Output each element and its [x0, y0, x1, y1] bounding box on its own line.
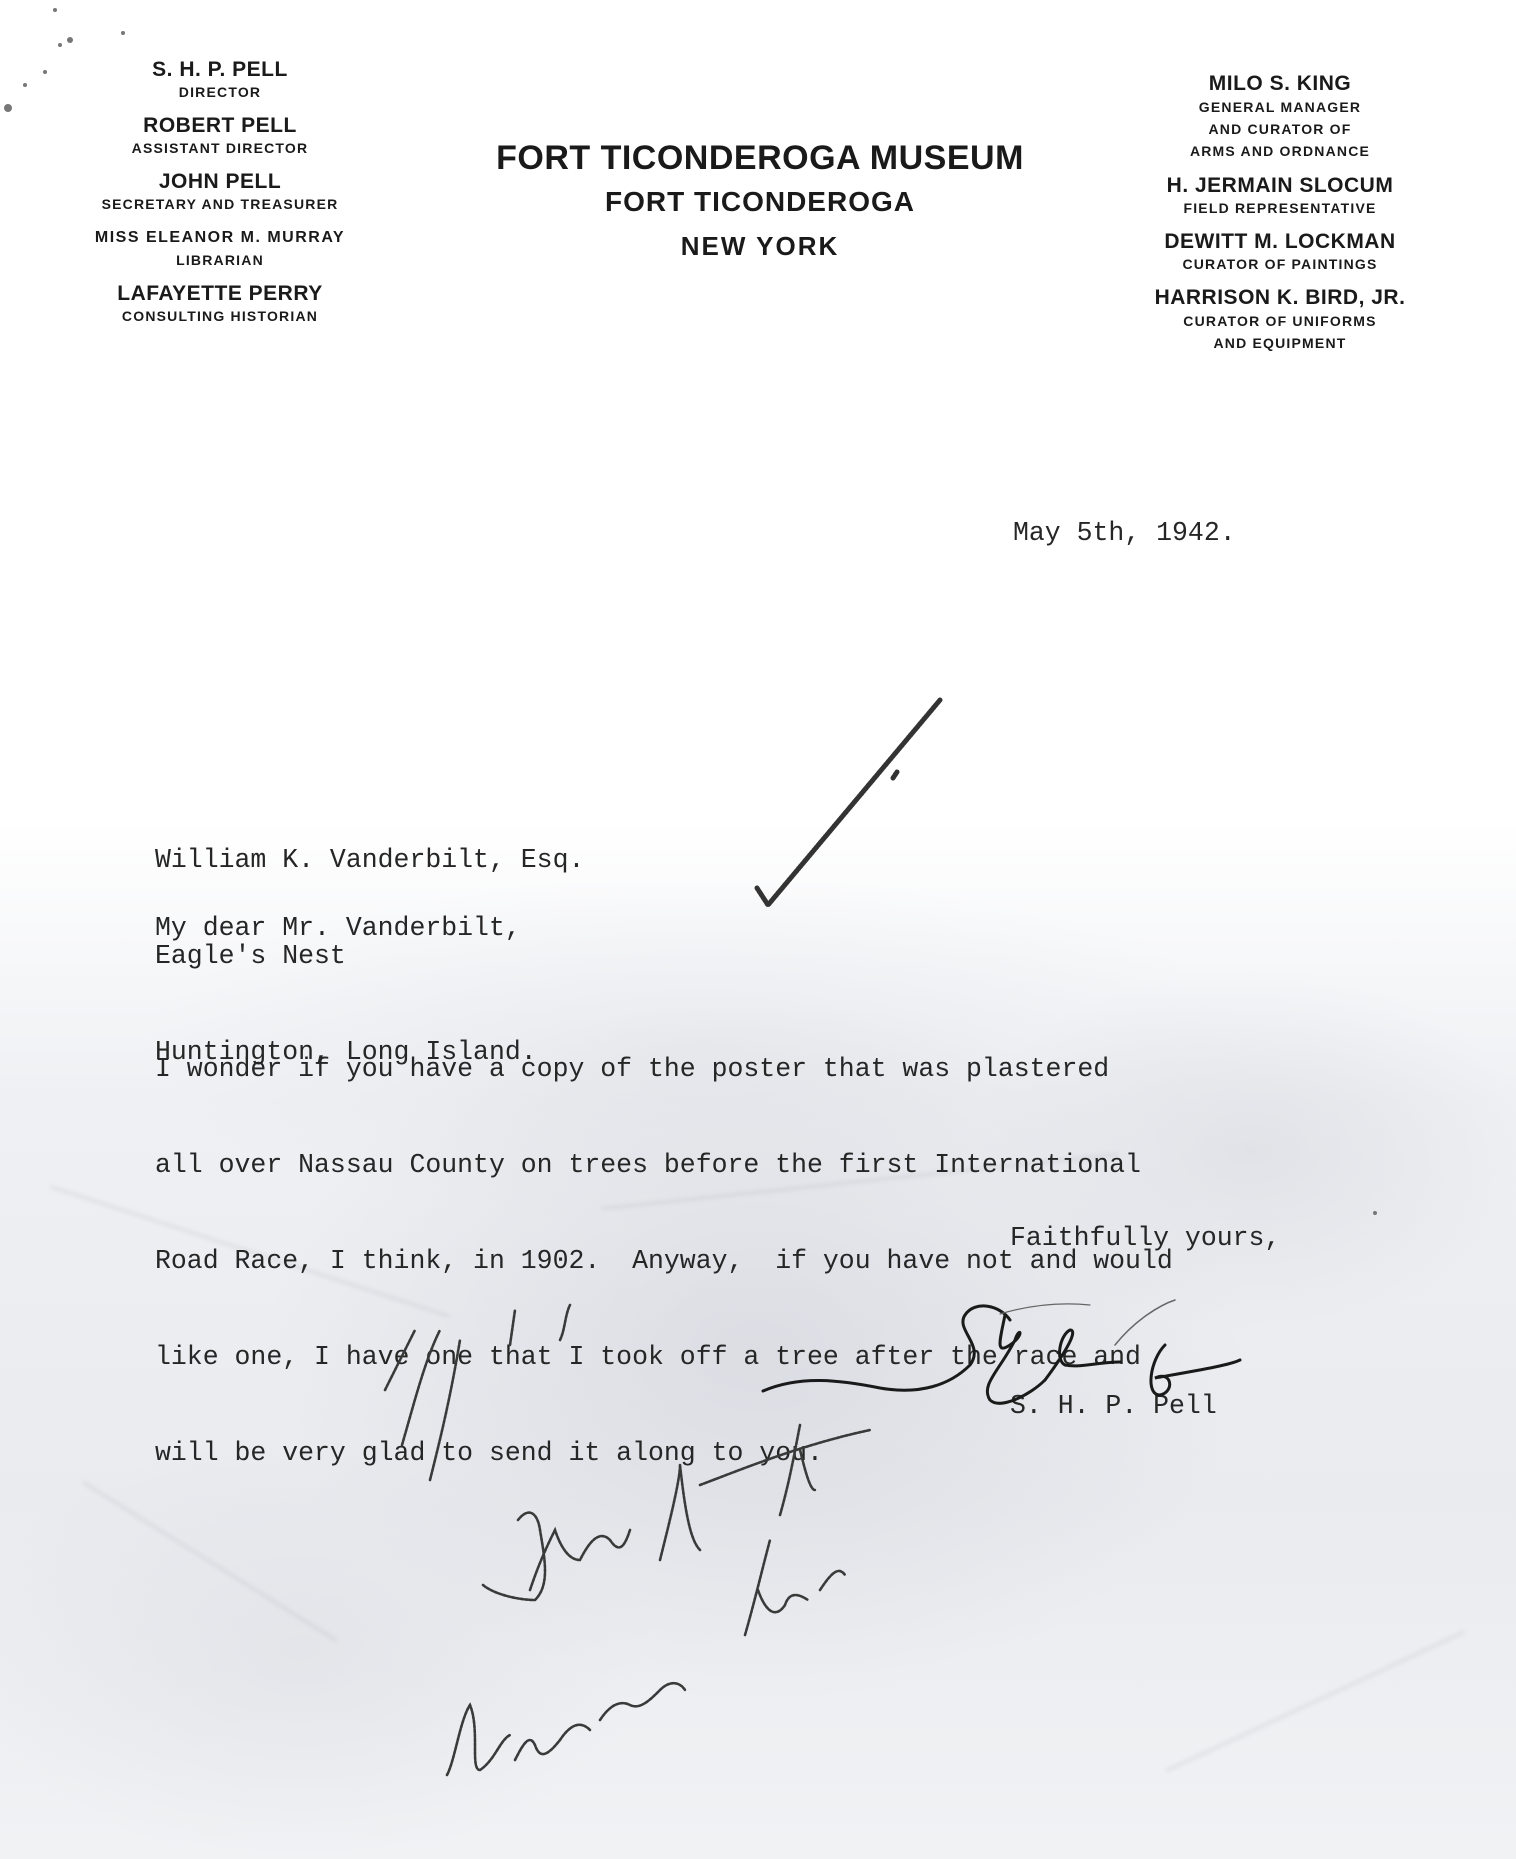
address-line: William K. Vanderbilt, Esq. [155, 844, 584, 876]
staff-title: CONSULTING HISTORIAN [60, 306, 380, 326]
staff-entry: DEWITT M. LOCKMAN CURATOR OF PAINTINGS [1120, 230, 1440, 274]
body-line: will be very glad to send it along to yo… [155, 1437, 1173, 1469]
address-line: Eagle's Nest [155, 940, 584, 972]
staff-title: GENERAL MANAGER AND CURATOR OF ARMS AND … [1120, 96, 1440, 162]
letterhead-center: FORT TICONDEROGA MUSEUM FORT TICONDEROGA… [400, 136, 1120, 268]
paper-crease [82, 1481, 338, 1643]
staff-entry: ROBERT PELL ASSISTANT DIRECTOR [60, 114, 380, 158]
staff-name: MILO S. KING [1120, 72, 1440, 96]
letterhead-left-staff: S. H. P. PELL DIRECTOR ROBERT PELL ASSIS… [60, 58, 380, 338]
staff-name: HARRISON K. BIRD, JR. [1120, 286, 1440, 310]
staff-title: DIRECTOR [60, 82, 380, 102]
closing: Faithfully yours, [1010, 1222, 1280, 1254]
staff-name: JOHN PELL [60, 170, 380, 194]
staff-entry: MILO S. KING GENERAL MANAGER AND CURATOR… [1120, 72, 1440, 162]
letter-date: May 5th, 1942. [1013, 517, 1236, 549]
institution-name: FORT TICONDEROGA MUSEUM [400, 136, 1120, 180]
check-mark-icon [757, 700, 940, 905]
staff-title: SECRETARY AND TREASURER [60, 194, 380, 214]
staff-name: ROBERT PELL [60, 114, 380, 138]
staff-title: ASSISTANT DIRECTOR [60, 138, 380, 158]
staff-name: S. H. P. PELL [60, 58, 380, 82]
staff-title: LIBRARIAN [60, 250, 380, 270]
salutation: My dear Mr. Vanderbilt, [155, 912, 521, 944]
location-line-2: NEW YORK [400, 224, 1120, 268]
staff-entry: LAFAYETTE PERRY CONSULTING HISTORIAN [60, 282, 380, 326]
staff-name: DEWITT M. LOCKMAN [1120, 230, 1440, 254]
staff-entry: H. JERMAIN SLOCUM FIELD REPRESENTATIVE [1120, 174, 1440, 218]
staff-entry: MISS ELEANOR M. MURRAY LIBRARIAN [60, 226, 380, 270]
location-line-1: FORT TICONDEROGA [400, 180, 1120, 224]
letterhead-right-staff: MILO S. KING GENERAL MANAGER AND CURATOR… [1120, 72, 1440, 366]
staff-entry: S. H. P. PELL DIRECTOR [60, 58, 380, 102]
staff-title: FIELD REPRESENTATIVE [1120, 198, 1440, 218]
staff-entry: JOHN PELL SECRETARY AND TREASURER [60, 170, 380, 214]
staff-name: LAFAYETTE PERRY [60, 282, 380, 306]
typed-signature-name: S. H. P. Pell [1010, 1390, 1217, 1422]
paper-crease [1165, 1630, 1465, 1772]
body-line: I wonder if you have a copy of the poste… [155, 1053, 1173, 1085]
staff-title: CURATOR OF PAINTINGS [1120, 254, 1440, 274]
body-line: all over Nassau County on trees before t… [155, 1149, 1173, 1181]
staff-title: CURATOR OF UNIFORMS AND EQUIPMENT [1120, 310, 1440, 354]
staff-entry: HARRISON K. BIRD, JR. CURATOR OF UNIFORM… [1120, 286, 1440, 354]
staff-name: MISS ELEANOR M. MURRAY [60, 226, 380, 250]
body-line: like one, I have one that I took off a t… [155, 1341, 1173, 1373]
staff-name: H. JERMAIN SLOCUM [1120, 174, 1440, 198]
